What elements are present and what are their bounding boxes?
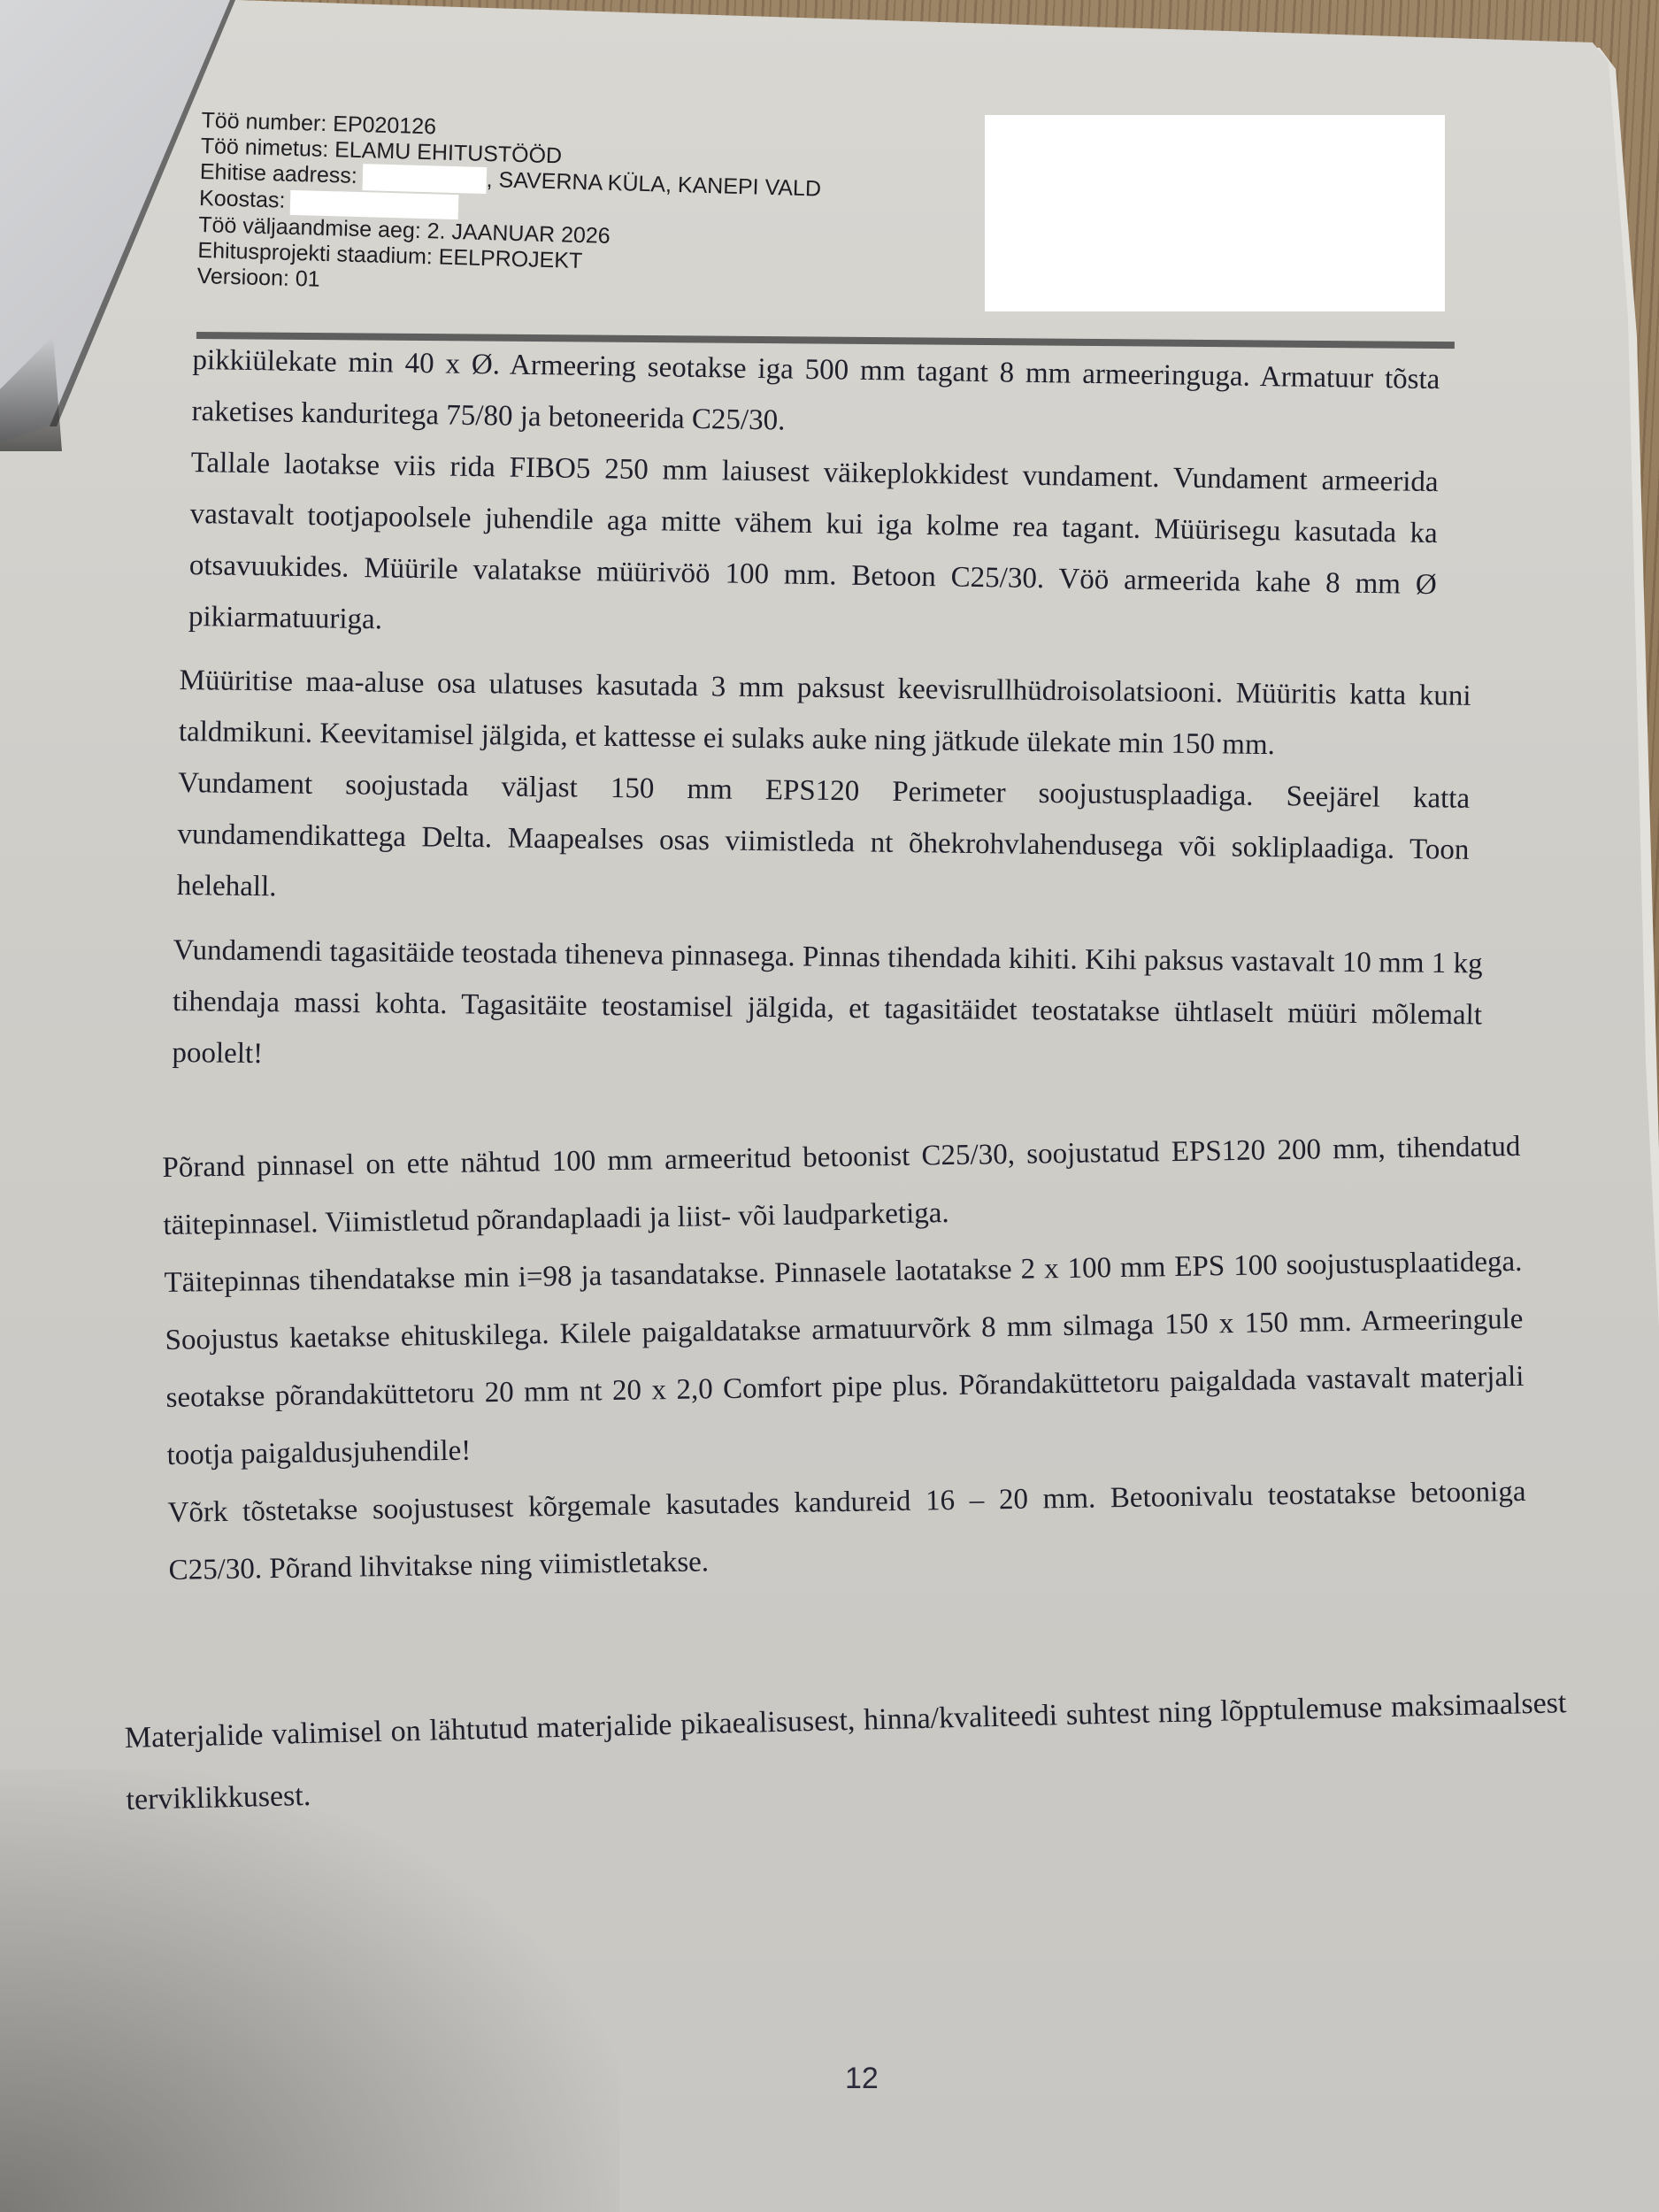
paragraph: Tallale laotakse viis rida FIBO5 250 mm … <box>188 437 1439 662</box>
paragraph: Võrk tõstetakse soojustusest kõrgemale k… <box>167 1463 1527 1600</box>
work-name-label: Töö nimetus: <box>200 134 328 162</box>
work-number-label: Töö number: <box>201 108 326 136</box>
section-foundation-blocks: pikkiülekate min 40 x Ø. Armeering seota… <box>188 334 1440 662</box>
paragraph: Müüritise maa-aluse osa ulatuses kasutad… <box>179 655 1471 773</box>
paragraph: Vundamendi tagasitäide teostada tiheneva… <box>172 925 1483 1092</box>
document-header: Töö number: EP020126 Töö nimetus: ELAMU … <box>196 108 873 308</box>
paragraph: Vundament soojustada väljast 150 mm EPS1… <box>176 757 1470 927</box>
section-backfill: Vundamendi tagasitäide teostada tiheneva… <box>172 925 1483 1092</box>
address-label: Ehitise aadress: <box>200 159 358 188</box>
page-number: 12 <box>845 2062 879 2096</box>
paragraph: Täitepinnas tihendatakse min i=98 ja tas… <box>164 1233 1525 1485</box>
section-materials: Materjalide valimisel on lähtutud materj… <box>124 1672 1569 1832</box>
section-waterproofing: Müüritise maa-aluse osa ulatuses kasutad… <box>176 655 1471 927</box>
paragraph: Põrand pinnasel on ette nähtud 100 mm ar… <box>162 1118 1522 1255</box>
paragraph: Materjalide valimisel on lähtutud materj… <box>124 1672 1569 1832</box>
stage-value: EELPROJEKT <box>438 244 582 273</box>
redacted-logo-block <box>985 115 1445 311</box>
redacted-address <box>362 165 487 195</box>
version-label: Versioon: <box>196 264 289 291</box>
page-content: Töö number: EP020126 Töö nimetus: ELAMU … <box>0 0 1659 2212</box>
author-label: Koostas: <box>199 186 286 213</box>
paragraph: pikkiülekate min 40 x Ø. Armeering seota… <box>191 334 1440 457</box>
issue-date-value: 2. JAANUAR 2026 <box>426 219 611 249</box>
section-floor: Põrand pinnasel on ette nähtud 100 mm ar… <box>162 1118 1527 1600</box>
version-value: 01 <box>295 266 320 292</box>
work-number-value: EP020126 <box>333 111 437 139</box>
